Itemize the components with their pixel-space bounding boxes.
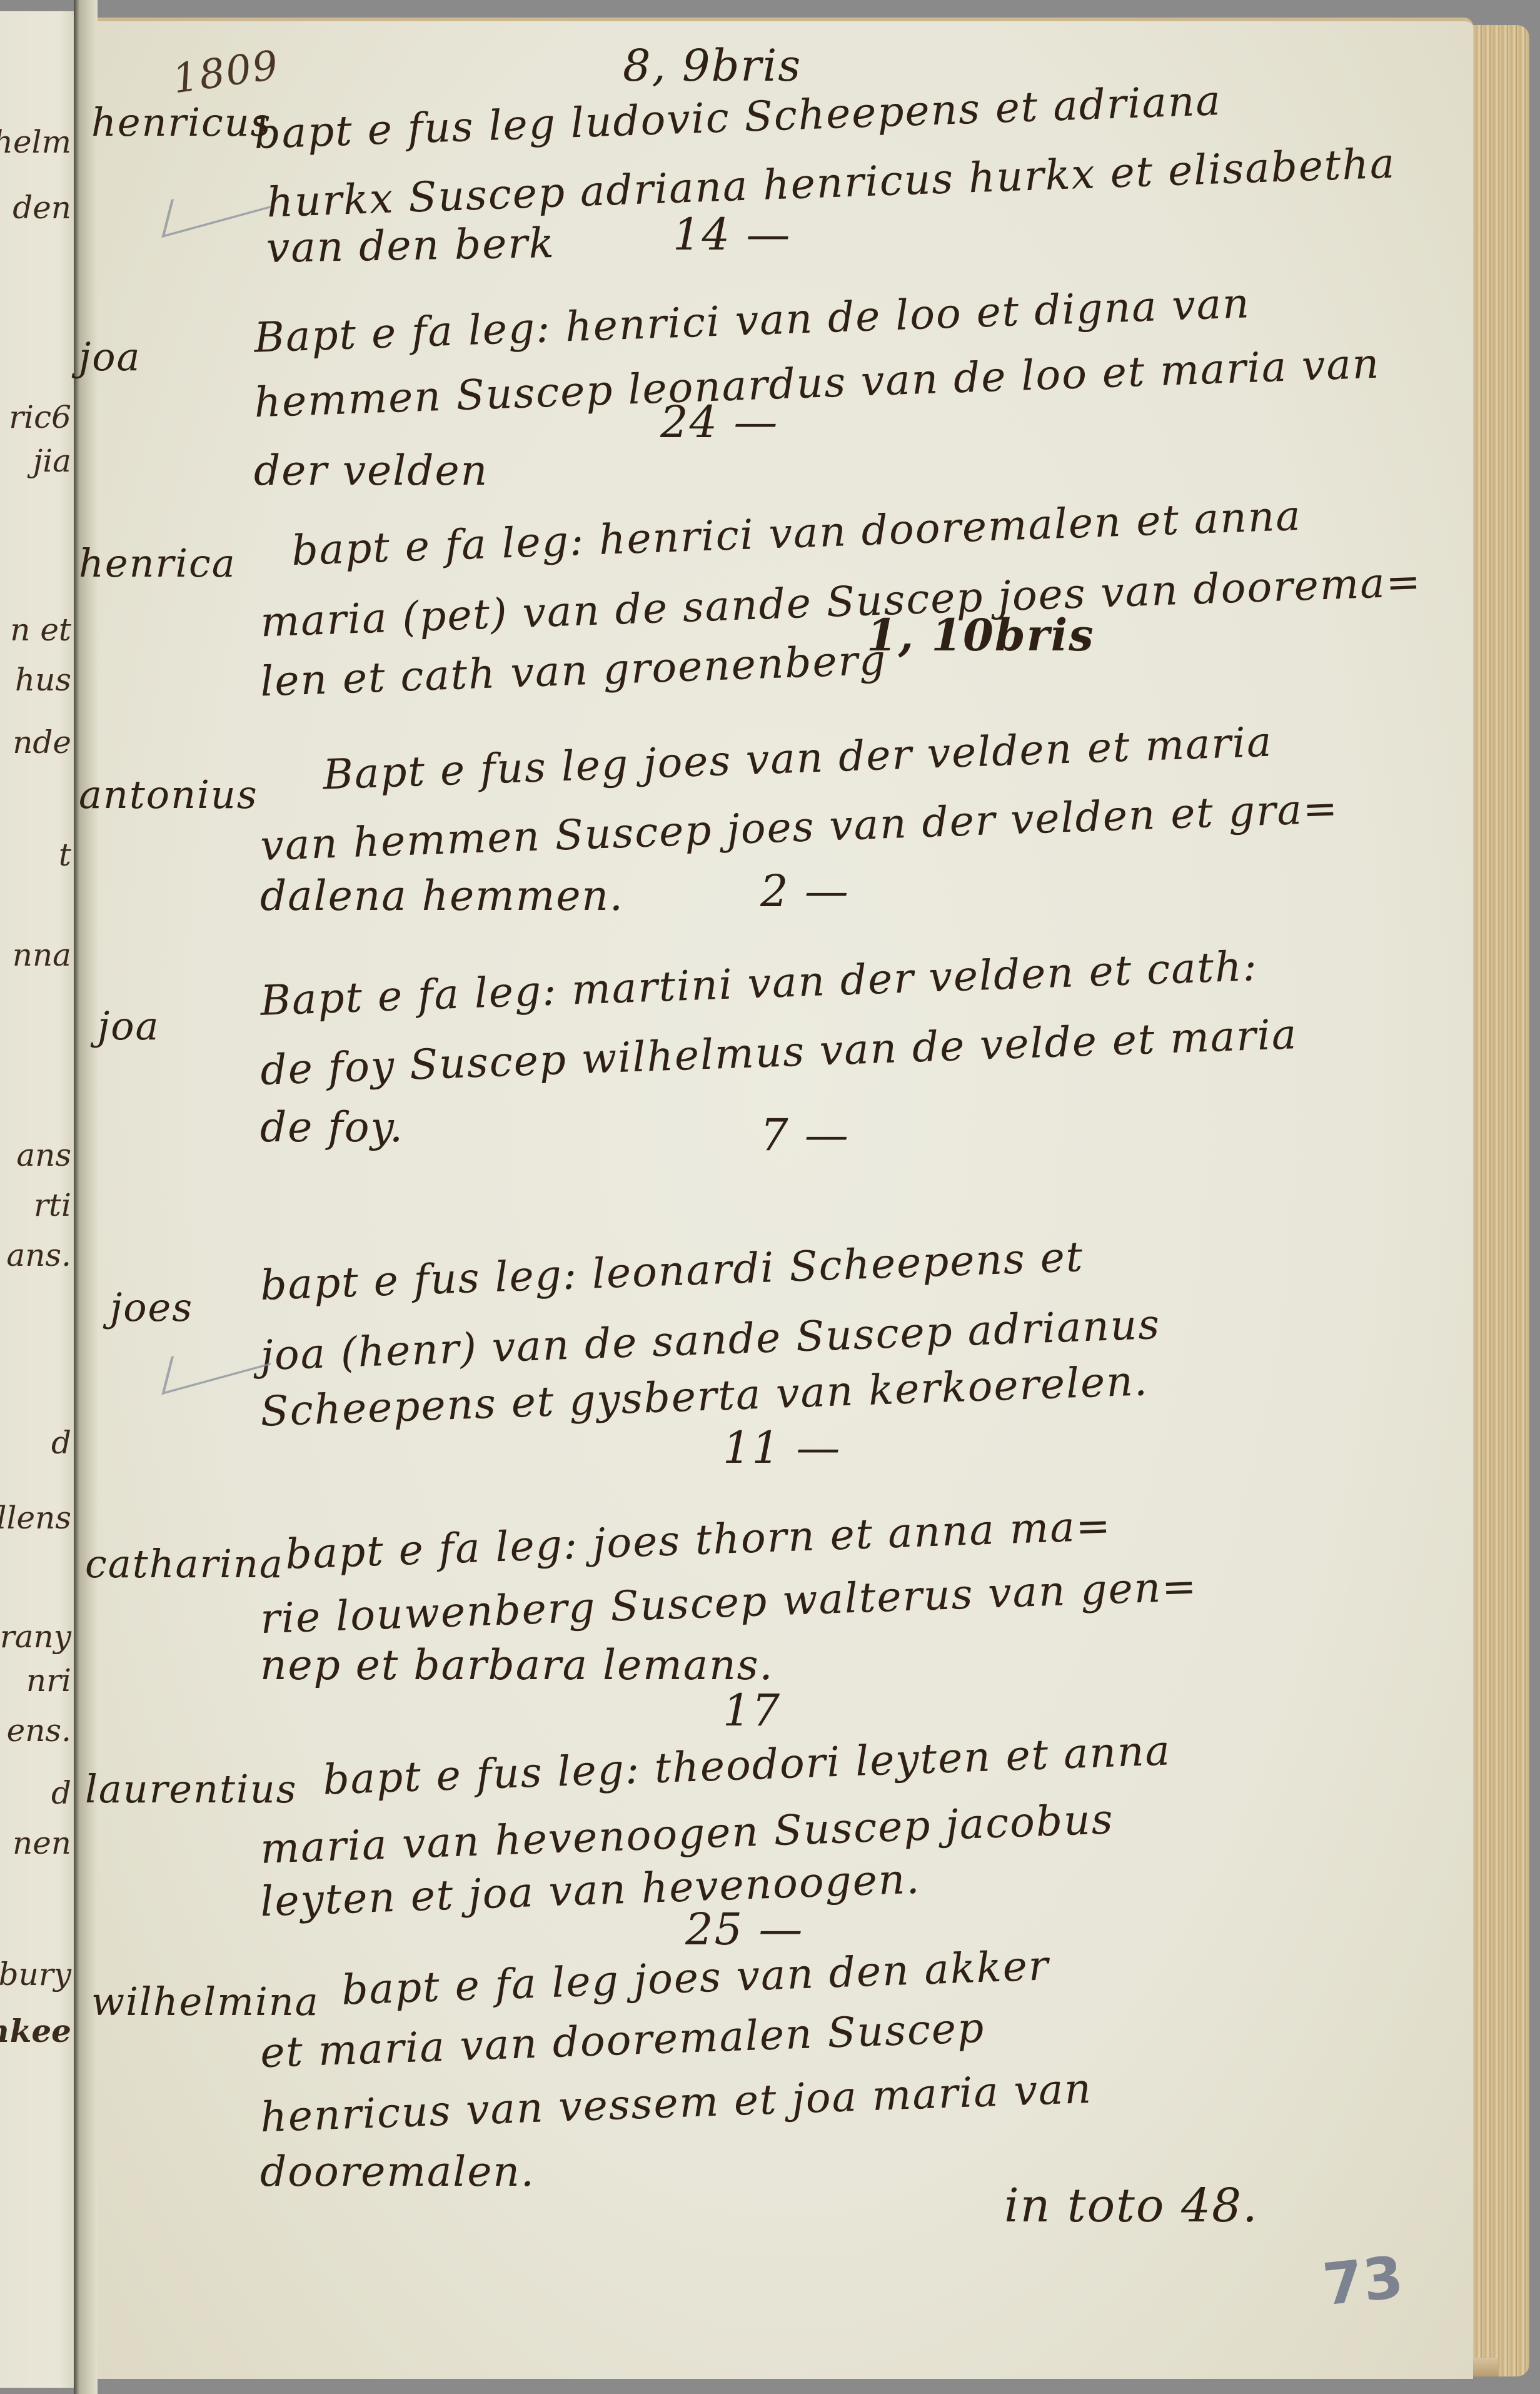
entry-margin-name: henricus <box>91 99 272 145</box>
entry-line: de foy. <box>260 1103 404 1151</box>
left-page-fragment: n et <box>10 612 71 648</box>
entry-date: 2 — <box>760 866 850 917</box>
entry-line: van hemmen Suscep joes van der velden et… <box>259 784 1339 870</box>
entry-date: 1, 10bris <box>867 609 1095 661</box>
left-page-fragment: d <box>51 1425 71 1461</box>
entry-line: Bapt e fa leg: martini van der velden et… <box>259 942 1259 1025</box>
entry-line: hurkx Suscep adriana henricus hurkx et e… <box>266 139 1396 226</box>
entry-line: der velden <box>254 447 488 495</box>
entry-line: et maria van dooremalen Suscep <box>259 2004 985 2077</box>
entry-margin-name: joes <box>110 1285 193 1330</box>
entry-date: 25 — <box>685 1904 803 1955</box>
left-page-fragment: den <box>13 189 71 226</box>
entry-line: maria van hevenoogen Suscep jacobus <box>259 1795 1115 1873</box>
entry-date: 24 — <box>660 396 778 448</box>
pencil-checkmark-icon <box>161 170 279 238</box>
entry-date: 11 — <box>723 1422 841 1473</box>
entry-margin-name: joa <box>98 1003 160 1049</box>
entry-line: bapt e fa leg: henrici van dooremalen et… <box>291 492 1302 575</box>
entry-margin-name: laurentius <box>85 1766 297 1812</box>
page-edge-stack <box>1473 25 1529 2376</box>
entry-line: henricus van vessem et joa maria van <box>259 2064 1093 2141</box>
left-page-fragment: ollens <box>0 1500 71 1536</box>
left-page-fragment: nde <box>13 724 71 760</box>
entry-line: bapt e fa leg: joes thorn et anna ma= <box>284 1502 1112 1578</box>
left-page-fragment: thkee <box>0 2013 71 2049</box>
left-page-fragment: jia <box>33 443 71 479</box>
entry-line: Bapt e fus leg joes van der velden et ma… <box>322 718 1273 799</box>
left-page-fragment: rany <box>0 1619 71 1655</box>
baptism-total: in toto 48. <box>1004 2179 1259 2233</box>
entry-margin-name: henrica <box>79 540 236 586</box>
left-facing-page: lhelm den ric6 jia n et hus nde t nna an… <box>0 11 74 2388</box>
entry-margin-name: antonius <box>79 772 258 817</box>
entry-line: bapt e fus leg: leonardi Scheepens et <box>259 1233 1084 1310</box>
entry-line: nep et barbara lemans. <box>260 1641 773 1689</box>
entry-line: maria (pet) van de sande Suscep joes van… <box>259 558 1422 647</box>
entry-date: 7 — <box>760 1109 850 1161</box>
left-page-fragment: nri <box>26 1662 71 1699</box>
left-page-fragment: hus <box>15 662 71 698</box>
entry-date: 8, 9bris <box>623 40 802 91</box>
left-page-fragment: rti <box>34 1187 71 1223</box>
left-page-fragment: lhelm <box>0 124 71 160</box>
left-page-fragment: nna <box>13 937 71 973</box>
entry-line: de foy Suscep wilhelmus van de velde et … <box>259 1010 1298 1094</box>
manuscript-scan: lhelm den ric6 jia n et hus nde t nna an… <box>0 0 1540 2394</box>
entry-margin-name: joa <box>79 334 141 380</box>
entry-line: dalena hemmen. <box>260 872 624 920</box>
left-page-fragment: lbury <box>0 1956 71 1992</box>
left-page-fragment: ric6 <box>9 399 71 435</box>
entry-line: bapt e fus leg: theodori leyten et anna <box>322 1726 1172 1804</box>
entry-date: 17 <box>723 1685 781 1736</box>
entry-line: len et cath van groenenberg <box>259 636 888 706</box>
left-page-fragment: ans. <box>6 1237 71 1273</box>
left-page-fragment: nen <box>13 1825 71 1861</box>
left-page-fragment: d <box>51 1775 71 1811</box>
left-page-fragment: ens. <box>7 1712 71 1749</box>
entry-line: dooremalen. <box>260 2148 535 2196</box>
register-page: 1809 8, 9bris henricus bapt e fus leg lu… <box>98 18 1473 2379</box>
year-heading: 1809 <box>170 42 283 103</box>
folio-number: 73 <box>1320 2244 1407 2319</box>
left-page-fragment: t <box>59 837 71 873</box>
entry-date: 14 — <box>673 209 791 260</box>
left-page-fragment: ans <box>16 1137 71 1173</box>
pencil-checkmark-icon <box>161 1327 279 1395</box>
entry-margin-name: catharina <box>85 1541 284 1587</box>
entry-line: van den berk <box>266 219 555 272</box>
entry-margin-name: wilhelmina <box>91 1979 320 2024</box>
